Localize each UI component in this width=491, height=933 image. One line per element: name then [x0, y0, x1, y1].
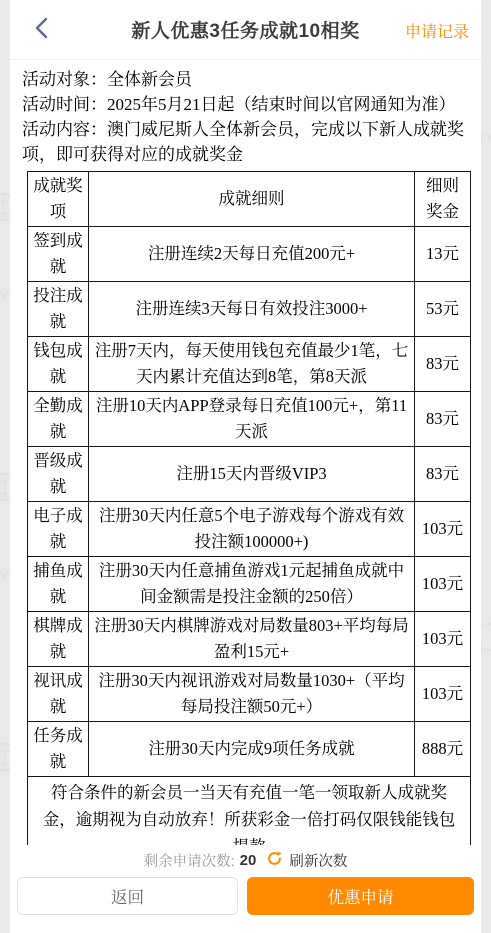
- refresh-icon: [266, 850, 283, 870]
- achievement-reward-cell: 888元: [415, 722, 471, 777]
- table-header-row: 成就奖项 成就细则 细则奖金: [28, 172, 471, 227]
- refresh-label: 刷新次数: [289, 850, 347, 871]
- achievement-reward-cell: 103元: [415, 667, 471, 722]
- achievement-name-cell: 视讯成就: [28, 667, 89, 722]
- appbar: 新人优惠3任务成就10相奖 申请记录: [10, 0, 481, 60]
- achievement-name-cell: 钱包成就: [28, 337, 89, 392]
- table-row: 全勤成就 注册10天内APP登录每日充值100元+，第11天派 83元: [28, 392, 471, 447]
- back-button[interactable]: [26, 14, 56, 44]
- achievement-detail-cell: 注册连续3天每日有效投注3000+: [89, 282, 415, 337]
- activity-body: 活动对象：全体新会员 活动时间：2025年5月21日起（结束时间以官网通知为准）…: [10, 60, 481, 845]
- remaining-count: 20: [240, 852, 257, 869]
- activity-target-line: 活动对象：全体新会员: [22, 67, 469, 92]
- achievement-name-cell: 投注成就: [28, 282, 89, 337]
- table-row: 电子成就 注册30天内任意5个电子游戏每个游戏有效投注额100000+) 103…: [28, 502, 471, 557]
- col-header-achievement: 成就奖项: [28, 172, 89, 227]
- achievement-detail-cell: 注册30天内任意5个电子游戏每个游戏有效投注额100000+): [89, 502, 415, 557]
- promo-apply-button[interactable]: 优惠申请: [247, 877, 474, 915]
- achievement-name-cell: 晋级成就: [28, 447, 89, 502]
- achievement-table: 成就奖项 成就细则 细则奖金 签到成就 注册连续2天每日充值200元+ 13元 …: [27, 171, 471, 845]
- achievement-name-cell: 任务成就: [28, 722, 89, 777]
- achievement-reward-cell: 83元: [415, 447, 471, 502]
- table-footnote: 符合条件的新会员一当天有充值一笔一领取新人成就奖金，逾期视为自动放弃！所获彩金一…: [28, 777, 471, 846]
- table-row: 棋牌成就 注册30天内棋牌游戏对局数量803+平均每局盈利15元+ 103元: [28, 612, 471, 667]
- table-row: 晋级成就 注册15天内晋级VIP3 83元: [28, 447, 471, 502]
- achievement-detail-cell: 注册连续2天每日充值200元+: [89, 227, 415, 282]
- bottom-bar: 剩余申请次数: 20 刷新次数 返回 优惠申请: [10, 845, 481, 933]
- achievement-name-cell: 全勤成就: [28, 392, 89, 447]
- achievement-name-cell: 电子成就: [28, 502, 89, 557]
- action-buttons: 返回 优惠申请: [10, 870, 481, 915]
- remaining-label: 剩余申请次数:: [144, 850, 235, 871]
- achievement-name-cell: 签到成就: [28, 227, 89, 282]
- achievement-detail-cell: 注册7天内，每天使用钱包充值最少1笔，七天内累计充值达到8笔，第8天派: [89, 337, 415, 392]
- achievement-reward-cell: 53元: [415, 282, 471, 337]
- content-panel: 新人优惠3任务成就10相奖 申请记录 活动对象：全体新会员 活动时间：2025年…: [10, 0, 481, 933]
- achievement-detail-cell: 注册15天内晋级VIP3: [89, 447, 415, 502]
- achievement-detail-cell: 注册30天内棋牌游戏对局数量803+平均每局盈利15元+: [89, 612, 415, 667]
- page: 新人优惠3任务成就10相奖 申请记录 活动对象：全体新会员 活动时间：2025年…: [0, 0, 491, 933]
- table-note-row: 符合条件的新会员一当天有充值一笔一领取新人成就奖金，逾期视为自动放弃！所获彩金一…: [28, 777, 471, 846]
- table-row: 投注成就 注册连续3天每日有效投注3000+ 53元: [28, 282, 471, 337]
- achievement-reward-cell: 103元: [415, 502, 471, 557]
- terms-note: 符合条件的新会员一当天有充值一笔一领取新人成就奖金，逾期视为自动放弃！所获彩金一…: [28, 777, 471, 846]
- achievement-reward-cell: 103元: [415, 557, 471, 612]
- achievement-detail-cell: 注册10天内APP登录每日充值100元+，第11天派: [89, 392, 415, 447]
- activity-time-line: 活动时间：2025年5月21日起（结束时间以官网通知为准）: [22, 92, 469, 117]
- table-body: 签到成就 注册连续2天每日充值200元+ 13元 投注成就 注册连续3天每日有效…: [28, 227, 471, 777]
- apply-record-link[interactable]: 申请记录: [405, 0, 469, 60]
- refresh-button[interactable]: 刷新次数: [266, 850, 347, 871]
- table-row: 捕鱼成就 注册30天内任意捕鱼游戏1元起捕鱼成就中间金额需是投注金额的250倍）…: [28, 557, 471, 612]
- table-row: 任务成就 注册30天内完成9项任务成就 888元: [28, 722, 471, 777]
- col-header-detail: 成就细则: [89, 172, 415, 227]
- achievement-name-cell: 棋牌成就: [28, 612, 89, 667]
- achievement-reward-cell: 83元: [415, 337, 471, 392]
- remaining-counter: 剩余申请次数: 20 刷新次数: [10, 850, 481, 870]
- col-header-reward: 细则奖金: [415, 172, 471, 227]
- table-row: 签到成就 注册连续2天每日充值200元+ 13元: [28, 227, 471, 282]
- achievement-detail-cell: 注册30天内视讯游戏对局数量1030+（平均每局投注额50元+）: [89, 667, 415, 722]
- page-title: 新人优惠3任务成就10相奖: [131, 16, 359, 43]
- activity-content-line: 活动内容：澳门威尼斯人全体新会员，完成以下新人成就奖项，即可获得对应的成就奖金: [22, 117, 469, 167]
- chevron-left-icon: [34, 17, 48, 42]
- activity-intro: 活动对象：全体新会员 活动时间：2025年5月21日起（结束时间以官网通知为准）…: [22, 67, 469, 167]
- return-button[interactable]: 返回: [17, 877, 238, 915]
- achievement-detail-cell: 注册30天内完成9项任务成就: [89, 722, 415, 777]
- achievement-reward-cell: 103元: [415, 612, 471, 667]
- table-row: 视讯成就 注册30天内视讯游戏对局数量1030+（平均每局投注额50元+） 10…: [28, 667, 471, 722]
- achievement-reward-cell: 83元: [415, 392, 471, 447]
- achievement-detail-cell: 注册30天内任意捕鱼游戏1元起捕鱼成就中间金额需是投注金额的250倍）: [89, 557, 415, 612]
- achievement-reward-cell: 13元: [415, 227, 471, 282]
- achievement-name-cell: 捕鱼成就: [28, 557, 89, 612]
- table-header: 成就奖项 成就细则 细则奖金: [28, 172, 471, 227]
- table-row: 钱包成就 注册7天内，每天使用钱包充值最少1笔，七天内累计充值达到8笔，第8天派…: [28, 337, 471, 392]
